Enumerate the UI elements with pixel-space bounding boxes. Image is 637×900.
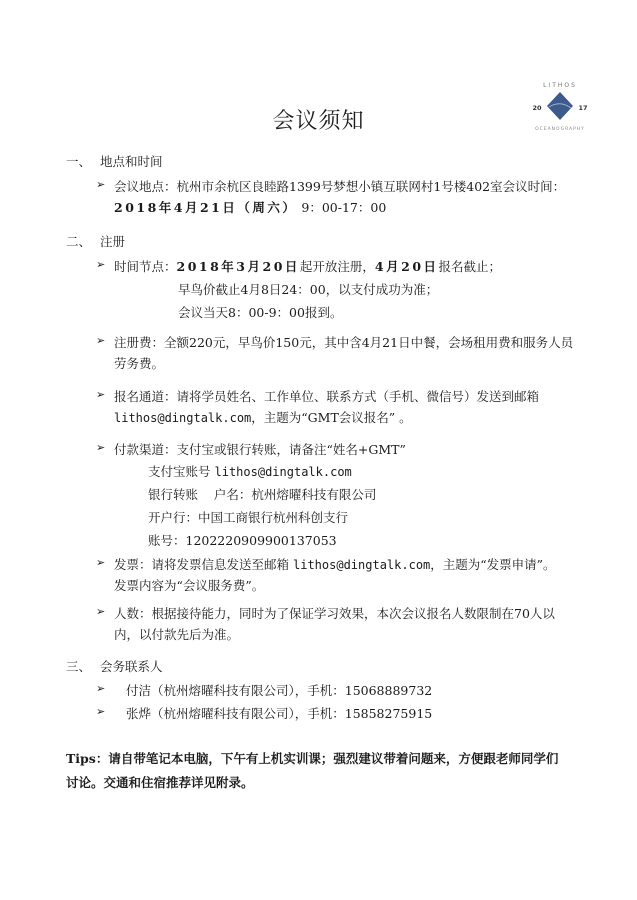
account-name: 户名：杭州熔曜科技有限公司 [214, 487, 377, 502]
invoice-content: 发票内容为“会议服务费”。 [114, 576, 264, 594]
tips-text: Tips：请自带笔记本电脑，下午有上机实训课；强烈建议带着问题来，方便跟老师同学… [66, 749, 558, 767]
alipay-line: 支付宝账号 lithos@dingtalk.com [148, 462, 352, 480]
invoice-text: 发票：请将发票信息发送至邮箱 [114, 557, 289, 572]
timeline-label: 时间节点： [114, 259, 177, 274]
date-bold: 2018年4月21日（周六） [114, 200, 297, 215]
signup-email-line: lithos@dingtalk.com，主题为“GMT会议报名” 。 [114, 408, 412, 426]
signup-text: 报名通道：请将学员姓名、工作单位、联系方式（手机、微信号）发送到邮箱 [114, 387, 539, 405]
open-text: 起开放注册， [300, 259, 375, 274]
bank-branch: 开户行：中国工商银行杭州科创支行 [148, 508, 348, 526]
bullet-arrow-icon: ➢ [96, 705, 105, 718]
date-line: 2018年4月21日（周六） 9：00-17：00 [114, 198, 386, 216]
page-title: 会议须知 [0, 104, 637, 135]
capacity-text: 人数：根据接待能力，同时为了保证学习效果，本次会议报名人数限制在70人以 [114, 604, 555, 622]
contact-item: 张烨（杭州熔曜科技有限公司），手机：15858275915 [126, 704, 432, 722]
checkin-time: 会议当天8：00-9：00报到。 [178, 303, 342, 321]
bullet-arrow-icon: ➢ [96, 258, 105, 271]
venue-text: 会议地点：杭州市余杭区良睦路1399号梦想小镇互联网村1号楼402室会议时间： [114, 177, 565, 195]
fee-text-cont: 劳务费。 [114, 354, 164, 372]
timeline-line: 时间节点：2018年3月20日起开放注册，4月20日报名截止； [114, 257, 501, 275]
close-text: 报名截止； [439, 259, 502, 274]
bank-label: 银行转账 [148, 487, 198, 502]
section-heading: 地点和时间 [100, 152, 163, 170]
section-number: 三、 [66, 657, 91, 675]
invoice-subject: ，主题为“发票申请”。 [430, 557, 555, 572]
section-number: 一、 [66, 152, 91, 170]
capacity-text-cont: 内，以付款先后为准。 [114, 625, 239, 643]
svg-text:LITHOS: LITHOS [543, 82, 577, 89]
contact-item: 付洁（杭州熔曜科技有限公司），手机：15068889732 [126, 681, 432, 699]
tips-text-cont: 讨论。交通和住宿推荐详见附录。 [66, 773, 254, 791]
bank-line: 银行转账 户名：杭州熔曜科技有限公司 [148, 485, 376, 503]
invoice-email-link[interactable]: lithos@dingtalk.com [293, 558, 430, 572]
fee-text: 注册费：全额220元，早鸟价150元，其中含4月21日中餐，会场租用费和服务人员 [114, 333, 573, 351]
invoice-line: 发票：请将发票信息发送至邮箱 lithos@dingtalk.com，主题为“发… [114, 555, 556, 573]
time-range: 9：00-17：00 [301, 200, 386, 215]
signup-subject: ，主题为“GMT会议报名” 。 [251, 410, 411, 425]
section-heading: 会务联系人 [100, 657, 163, 675]
alipay-label: 支付宝账号 [148, 464, 211, 479]
bullet-arrow-icon: ➢ [96, 682, 105, 695]
early-bird-deadline: 早鸟价截止4月8日24：00，以支付成功为准； [178, 280, 438, 298]
bullet-arrow-icon: ➢ [96, 334, 105, 347]
bullet-arrow-icon: ➢ [96, 441, 105, 454]
signup-email-link[interactable]: lithos@dingtalk.com [114, 411, 251, 425]
account-number: 账号：1202220909900137053 [148, 531, 337, 549]
bullet-arrow-icon: ➢ [96, 388, 105, 401]
alipay-account-link[interactable]: lithos@dingtalk.com [215, 465, 352, 479]
close-date: 4月20日 [375, 259, 439, 274]
bullet-arrow-icon: ➢ [96, 556, 105, 569]
bullet-arrow-icon: ➢ [96, 178, 105, 191]
section-number: 二、 [66, 232, 91, 250]
payment-text: 付款渠道：支付宝或银行转账，请备注“姓名+GMT” [114, 440, 406, 458]
section-heading: 注册 [100, 232, 125, 250]
bullet-arrow-icon: ➢ [96, 605, 105, 618]
open-date: 2018年3月20日 [177, 259, 300, 274]
